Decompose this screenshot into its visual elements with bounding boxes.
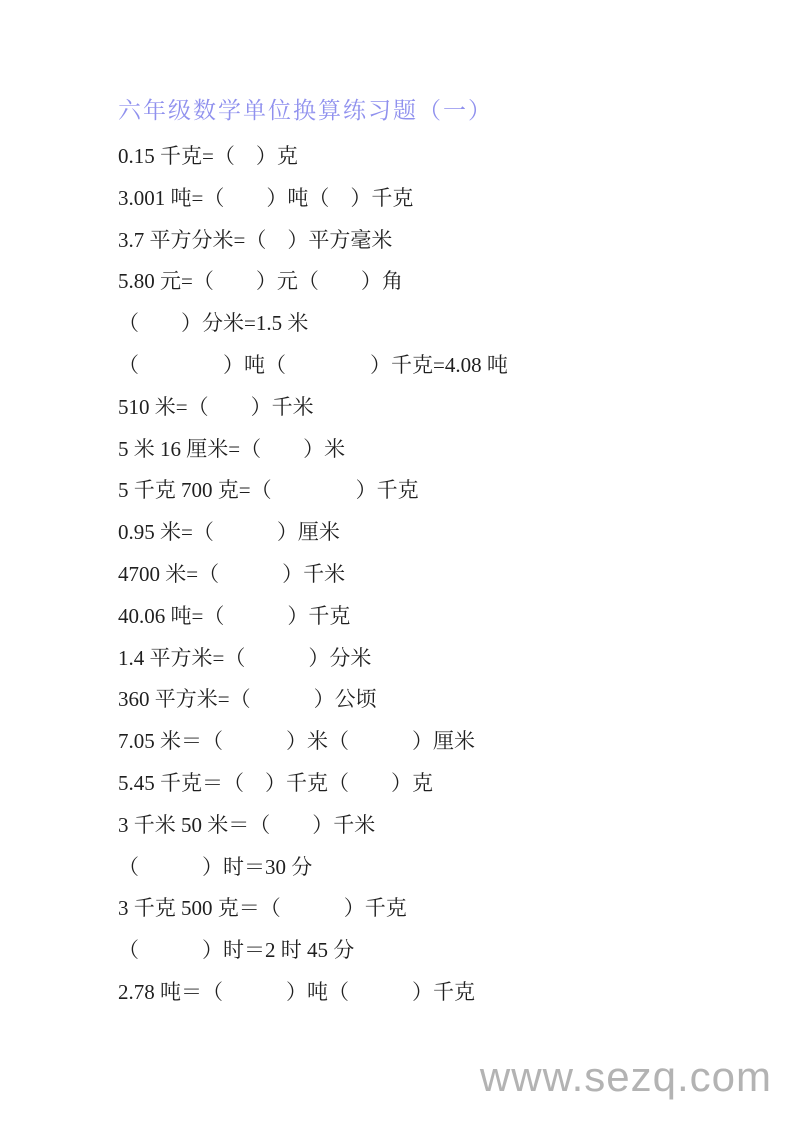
question-line: 40.06 吨=（ ）千克 bbox=[118, 596, 738, 638]
question-line: 0.15 千克=（ ）克 bbox=[118, 136, 738, 178]
question-line: 3 千米 50 米＝（ ）千米 bbox=[118, 805, 738, 847]
question-line: （ ）时＝30 分 bbox=[118, 847, 738, 889]
question-line: 3.001 吨=（ ）吨（ ）千克 bbox=[118, 178, 738, 220]
question-line: 7.05 米＝（ ）米（ ）厘米 bbox=[118, 721, 738, 763]
question-line: 5 千克 700 克=（ ）千克 bbox=[118, 470, 738, 512]
question-line: 360 平方米=（ ）公顷 bbox=[118, 679, 738, 721]
page-title: 六年级数学单位换算练习题（一） bbox=[118, 96, 738, 126]
question-line: 5.80 元=（ ）元（ ）角 bbox=[118, 261, 738, 303]
question-line: 5 米 16 厘米=（ ）米 bbox=[118, 429, 738, 471]
question-line: （ ）时＝2 时 45 分 bbox=[118, 930, 738, 972]
worksheet-page: 六年级数学单位换算练习题（一） 0.15 千克=（ ）克3.001 吨=（ ）吨… bbox=[0, 0, 800, 1131]
question-line: （ ）分米=1.5 米 bbox=[118, 303, 738, 345]
question-line: 1.4 平方米=（ ）分米 bbox=[118, 638, 738, 680]
question-line: 2.78 吨＝（ ）吨（ ）千克 bbox=[118, 972, 738, 1014]
question-list: 0.15 千克=（ ）克3.001 吨=（ ）吨（ ）千克3.7 平方分米=（ … bbox=[118, 136, 738, 1014]
question-line: 510 米=（ ）千米 bbox=[118, 387, 738, 429]
question-line: 5.45 千克＝（ ）千克（ ）克 bbox=[118, 763, 738, 805]
question-line: 3 千克 500 克＝（ ）千克 bbox=[118, 888, 738, 930]
question-line: 4700 米=（ ）千米 bbox=[118, 554, 738, 596]
question-line: （ ）吨（ ）千克=4.08 吨 bbox=[118, 345, 738, 387]
worksheet-content: 六年级数学单位换算练习题（一） 0.15 千克=（ ）克3.001 吨=（ ）吨… bbox=[118, 96, 738, 1014]
watermark-text: www.sezq.com bbox=[480, 1053, 772, 1101]
question-line: 3.7 平方分米=（ ）平方毫米 bbox=[118, 220, 738, 262]
question-line: 0.95 米=（ ）厘米 bbox=[118, 512, 738, 554]
